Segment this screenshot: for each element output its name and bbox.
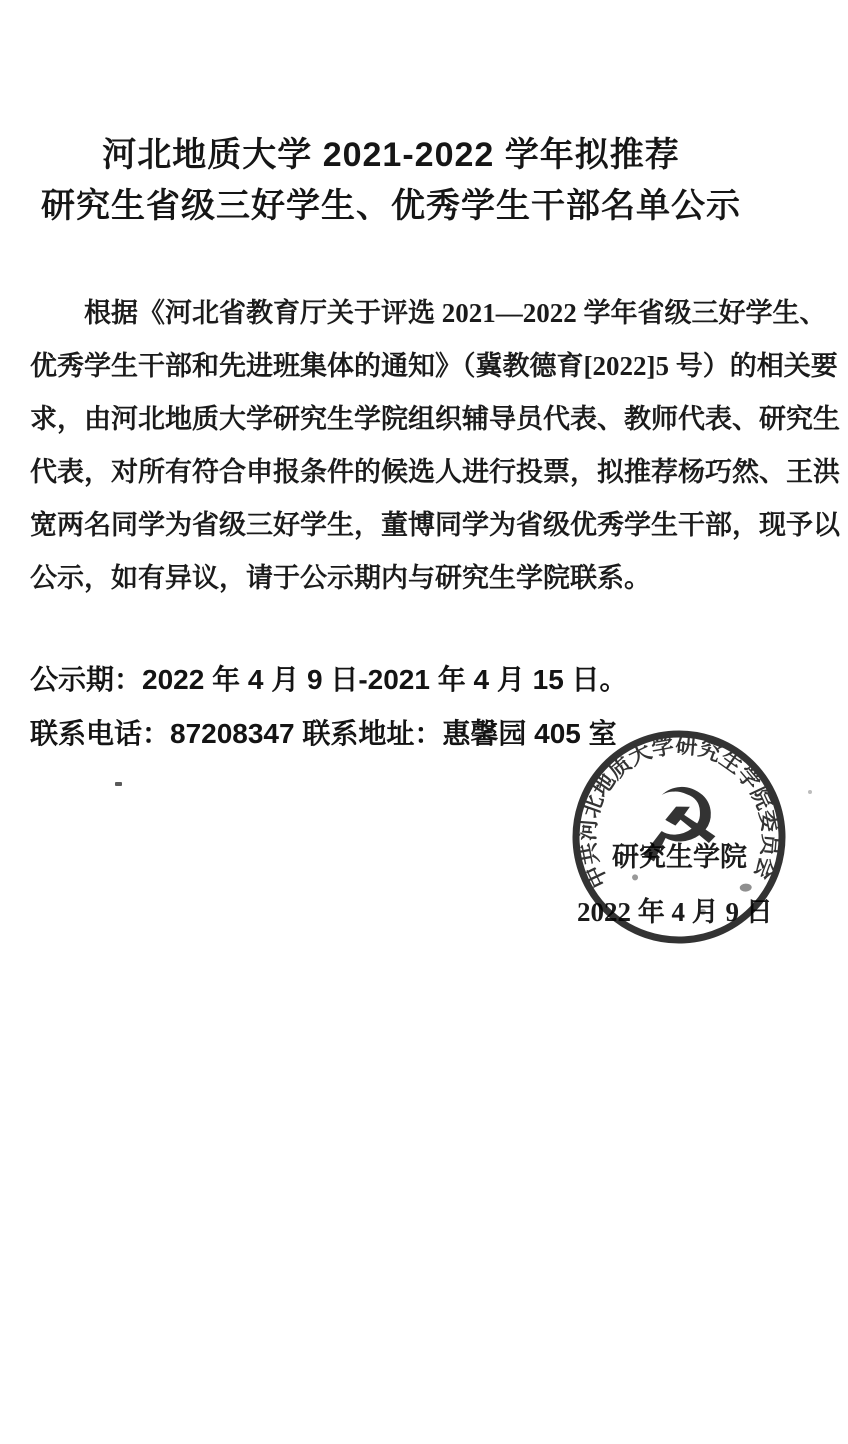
scan-artifact-speck (115, 782, 122, 786)
paragraph-line: 优秀学生干部和先进班集体的通知》（冀教德育[2022]5 号）的相关要 (30, 340, 752, 393)
paragraph-line: 公示，如有异议，请于公示期内与研究生学院联系。 (30, 552, 752, 605)
publicity-period-line: 公示期：2022 年 4 月 9 日-2021 年 4 月 15 日。 (30, 662, 628, 698)
stamp-ink-smudge (740, 883, 752, 892)
contact-info-line: 联系电话：87208347 联系地址：惠馨园 405 室 (30, 716, 617, 752)
stamp-ink-smudge (700, 909, 706, 915)
paragraph-line: 代表，对所有符合申报条件的候选人进行投票，拟推荐杨巧然、王洪 (30, 446, 752, 499)
paragraph-line: 求，由河北地质大学研究生学院组织辅导员代表、教师代表、研究生 (30, 393, 752, 446)
document-title-line1: 河北地质大学 2021-2022 学年拟推荐 (30, 135, 752, 175)
paragraph-line: 宽两名同学为省级三好学生，董博同学为省级优秀学生干部，现予以 (30, 499, 752, 552)
paragraph-line: 根据《河北省教育厅关于评选 2021—2022 学年省级三好学生、 (30, 287, 752, 340)
hammer-sickle-icon: ☭ (631, 765, 727, 887)
official-seal-stamp: 中共河北地质大学研究生学院委员会 ☭ (540, 698, 817, 975)
document-page: 河北地质大学 2021-2022 学年拟推荐 研究生省级三好学生、优秀学生干部名… (0, 0, 848, 1444)
document-title-line2: 研究生省级三好学生、优秀学生干部名单公示 (30, 186, 752, 226)
body-paragraph: 根据《河北省教育厅关于评选 2021—2022 学年省级三好学生、 优秀学生干部… (30, 287, 752, 605)
